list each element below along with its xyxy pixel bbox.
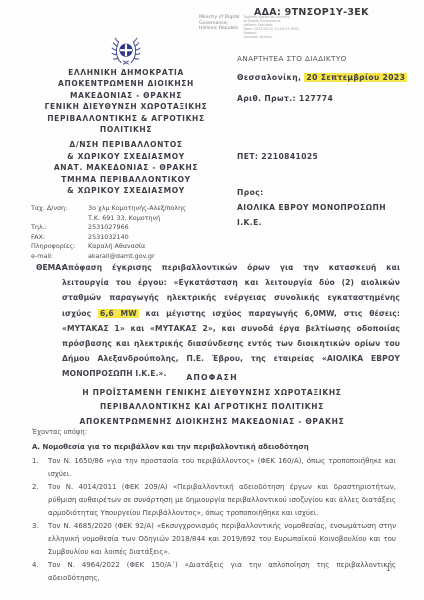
subject-text: Απόφαση έγκρισης περιβαλλοντικών όρων γι… bbox=[62, 260, 400, 382]
recipient-name-suffix: Ι.Κ.Ε. bbox=[237, 218, 262, 227]
publish-notice: ΑΝΑΡΤΗΤΕΑ ΣΤΟ ΔΙΑΔΙΚΤΥΟ bbox=[237, 54, 347, 63]
list-item: 2. Τον Ν. 4014/2011 (ΦΕΚ 209/Α) «Περιβαλ… bbox=[32, 481, 396, 520]
stamp-ministry-text: Ministry of Digital Governance, Hellenic… bbox=[199, 15, 239, 40]
greek-coat-of-arms-icon bbox=[111, 37, 141, 65]
authority-title: ΕΛΛΗΝΙΚΗ ΔΗΜΟΚΡΑΤΙΑ ΑΠΟΚΕΝΤΡΩΜΕΝΗ ΔΙΟΙΚΗ… bbox=[18, 67, 234, 135]
document-page: ΑΔΑ: 9ΤΝΣΟΡ1Υ-3ΕΚ Ministry of Digital Go… bbox=[0, 0, 424, 600]
contact-info-block: Ταχ. Δ/νση: 3ο χλμ Κομοτηνής-Αλεξ/πολης … bbox=[18, 204, 234, 260]
stamp-signature-details: Digitally signed by Ministry of Digital … bbox=[243, 15, 299, 40]
place-and-date: Θεσσαλονίκη, 20 Σεπτεμβρίου 2023 bbox=[237, 73, 407, 82]
legal-references-section: Α. Νομοθεσία για το περιβάλλον και την π… bbox=[32, 441, 396, 585]
division-title: Δ/ΝΣΗ ΠΕΡΙΒΑΛΛΟΝΤΟΣ & ΧΩΡΙΚΟΥ ΣΧΕΔΙΑΣΜΟΥ… bbox=[18, 139, 234, 196]
list-item: 3. Τον Ν. 4685/2020 (ΦΕΚ 92/Α) «Εκσυγχρο… bbox=[32, 520, 396, 559]
having-regard-text: Έχοντας υπόψη: bbox=[32, 428, 87, 436]
contact-row-address: Ταχ. Δ/νση: 3ο χλμ Κομοτηνής-Αλεξ/πολης bbox=[18, 204, 234, 213]
decision-heading: ΑΠΟΦΑΣΗ Η ΠΡΟΪΣΤΑΜΕΝΗ ΓΕΝΙΚΗΣ ΔΙΕΥΘΥΝΣΗΣ… bbox=[0, 371, 424, 429]
decision-title: ΑΠΟΦΑΣΗ bbox=[0, 371, 424, 386]
contact-row-phone: Τηλ.: 2531027966 bbox=[18, 223, 234, 232]
contact-row-fax: FAX: 2531032140 bbox=[18, 233, 234, 242]
subject-section: ΘΕΜΑ: Απόφαση έγκρισης περιβαλλοντικών ό… bbox=[36, 260, 400, 382]
section-a-heading: Α. Νομοθεσία για το περιβάλλον και την π… bbox=[32, 441, 396, 454]
protocol-number: Αριθ. Πρωτ.: 127774 bbox=[237, 94, 333, 103]
digital-signature-stamp: Ministry of Digital Governance, Hellenic… bbox=[199, 15, 299, 40]
recipient-label: Προς: bbox=[237, 188, 264, 197]
recipient-name: ΑΙΟΛΙΚΑ ΕΒΡΟΥ ΜΟΝΟΠΡΟΣΩΠΗ bbox=[237, 203, 386, 212]
issuing-authority-block: ΕΛΛΗΝΙΚΗ ΔΗΜΟΚΡΑΤΙΑ ΑΠΟΚΕΝΤΡΩΜΕΝΗ ΔΙΟΙΚΗ… bbox=[18, 37, 234, 261]
list-item: 1. Τον Ν. 1650/86 «για την προστασία του… bbox=[32, 455, 396, 481]
highlighted-power-value: 6,6 MW bbox=[98, 309, 139, 318]
pet-number: ΠΕΤ: 2210841025 bbox=[237, 152, 318, 161]
highlighted-date: 20 Σεπτεμβρίου 2023 bbox=[304, 73, 407, 82]
page-number: 1 bbox=[386, 565, 390, 573]
list-item: 4. Τον Ν. 4964/2022 (ΦΕΚ 150/Α΄) «Διατάξ… bbox=[32, 559, 396, 585]
subject-label: ΘΕΜΑ: bbox=[36, 260, 62, 382]
contact-row-postcode: Τ.Κ. 691 33, Κομοτηνή bbox=[18, 214, 234, 223]
contact-row-information: Πληροφορίες: Καραλή Αθανασία bbox=[18, 242, 234, 251]
